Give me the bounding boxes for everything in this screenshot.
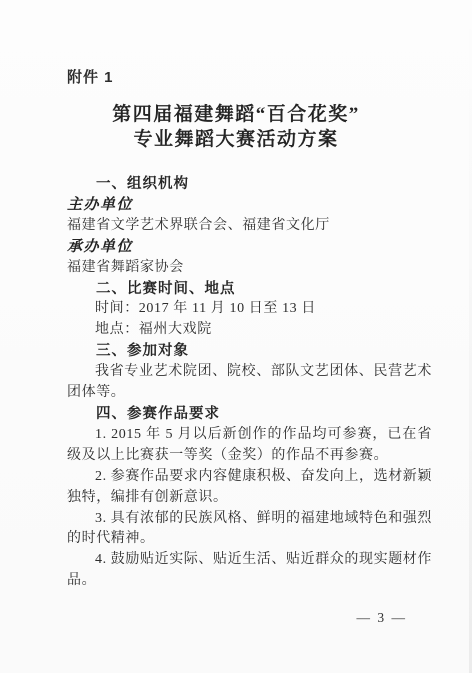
document-title-line2: 专业舞蹈大赛活动方案: [0, 127, 472, 152]
section-3-heading: 三、参加对象: [67, 341, 432, 362]
undertaker-unit-value: 福建省舞蹈家协会: [67, 258, 432, 279]
undertaker-unit-label: 承办单位: [67, 237, 432, 258]
document-body: 一、组织机构 主办单位 福建省文学艺术界联合会、福建省文化厅 承办单位 福建省舞…: [67, 174, 432, 592]
host-unit-value: 福建省文学艺术界联合会、福建省文化厅: [67, 216, 432, 237]
section-4-heading: 四、参赛作品要求: [67, 404, 432, 425]
requirement-item-3: 3. 具有浓郁的民族风格、鲜明的福建地域特色和强烈的时代精神。: [67, 509, 432, 551]
competition-place-line: 地点：福州大戏院: [67, 320, 432, 341]
requirement-item-2: 2. 参赛作品要求内容健康积极、奋发向上，选材新颖独特，编排有创新意识。: [67, 467, 432, 509]
page-number: — 3 —: [357, 610, 408, 626]
attachment-label: 附件 1: [67, 66, 114, 87]
participants-paragraph: 我省专业艺术院团、院校、部队文艺团体、民营艺术团体等。: [67, 362, 432, 404]
section-1-heading: 一、组织机构: [67, 174, 432, 195]
section-2-heading: 二、比赛时间、地点: [67, 279, 432, 300]
competition-time-line: 时间：2017 年 11 月 10 日至 13 日: [67, 299, 432, 320]
document-page: 附件 1 第四届福建舞蹈“百合花奖” 专业舞蹈大赛活动方案 一、组织机构 主办单…: [0, 0, 472, 673]
document-title: 第四届福建舞蹈“百合花奖” 专业舞蹈大赛活动方案: [0, 102, 472, 152]
requirement-item-4: 4. 鼓励贴近实际、贴近生活、贴近群众的现实题材作品。: [67, 550, 432, 592]
requirement-item-1: 1. 2015 年 5 月以后新创作的作品均可参赛，已在省级及以上比赛获一等奖（…: [67, 425, 432, 467]
host-unit-label: 主办单位: [67, 195, 432, 216]
document-title-line1: 第四届福建舞蹈“百合花奖”: [0, 102, 472, 127]
